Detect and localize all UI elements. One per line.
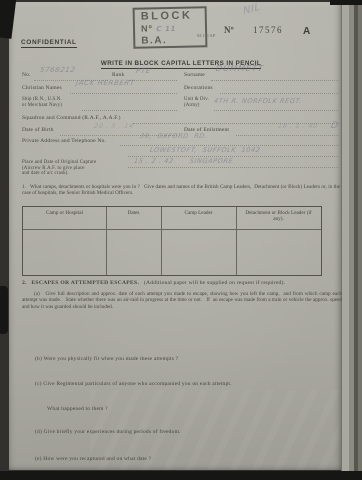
dotted-line xyxy=(236,134,339,136)
scan-edge-mark xyxy=(0,286,8,334)
field-dob-value: 20 . 5 . 14 xyxy=(93,122,134,130)
field-capture-label-line3: and date of a/c crash). xyxy=(22,171,69,176)
section2-heading: 2. ESCAPES OR ATTEMPTED ESCAPES. (Additi… xyxy=(22,280,285,286)
question-2a-text: (a) Give full description and approx. da… xyxy=(22,291,342,310)
field-unit-label-line2: (Army) xyxy=(184,103,200,108)
serial-no-label: Nº xyxy=(224,27,234,33)
table-empty-body xyxy=(23,229,321,275)
table-header-camp: Camp or Hospital xyxy=(23,210,106,216)
field-rank-value: PTE xyxy=(135,67,151,75)
dotted-line xyxy=(214,109,339,111)
field-ship-label-line1: Ship (R.N., U.S.N. xyxy=(22,97,62,102)
field-address-label: Private Address and Telephone No. xyxy=(22,138,106,144)
question-2b-text: (b) Were you physically fit when you mad… xyxy=(35,356,178,362)
dotted-line xyxy=(82,109,177,111)
field-decorations-label: Decorations xyxy=(184,85,213,91)
field-address-value-line1: 39, OXFORD RD. xyxy=(139,132,208,140)
field-rank-label: Rank xyxy=(112,72,124,78)
section2-number: 2. xyxy=(22,280,27,286)
field-christian-names-label: Christian Names xyxy=(22,85,62,91)
field-capture-label-line1: Place and Date of Original Capture xyxy=(22,160,96,165)
stamp-handwritten-block-no: C 11 xyxy=(156,25,176,33)
table-header-leader: Camp Leader xyxy=(161,210,236,216)
scan-bottom-edge xyxy=(0,471,362,480)
form-reference: M.I.9/AP xyxy=(197,33,216,39)
field-address-value-line2: LOWESTOFT, SUFFOLK 1042 xyxy=(149,146,261,154)
question-2d-text: (d) Give briefly your experiences during… xyxy=(35,429,181,435)
question-2c-text: (c) Give Regimental particulars of anyon… xyxy=(35,381,232,387)
field-unit-label-line1: Unit & Div. xyxy=(184,97,209,102)
field-dob-label: Date of Birth xyxy=(22,127,54,133)
field-no-label: No. xyxy=(22,72,31,78)
field-surname-value: DUMMETT xyxy=(215,64,264,73)
question-2e-text: (e) How were you recaptured and on what … xyxy=(35,456,151,462)
field-capture-label-line2: (Aircrew R.A.F. to give place xyxy=(22,166,85,171)
section2-title: ESCAPES OR ATTEMPTED ESCAPES. xyxy=(31,280,139,286)
block-number-stamp: BLOCK Nº C 11 B.A. xyxy=(133,6,208,49)
dotted-line xyxy=(220,92,339,94)
field-capture-label: Place and Date of Original Capture (Airc… xyxy=(22,160,96,177)
question-1-text: 1. What camps, detachments or hospitals … xyxy=(22,184,340,197)
page-stack-edge xyxy=(358,0,362,480)
scan-top-edge xyxy=(330,0,362,5)
field-capture-value: 15 . 2 . 42 SINGAPORE xyxy=(133,157,234,165)
field-squadron-label: Squadron and Command (R.A.F., A.A.F.) xyxy=(22,115,121,121)
field-unit-value: 4TH R. NORFOLK REGT. xyxy=(213,97,302,105)
stamp-line-no: Nº xyxy=(141,23,153,33)
dotted-line xyxy=(129,79,177,81)
scanned-document: CONFIDENTIAL BLOCK Nº C 11 B.A. M.I.9/AP… xyxy=(0,0,362,480)
table-header-detachment: Detachment or Block Leader (if any). xyxy=(236,210,321,222)
serial-series-letter: A xyxy=(303,26,310,37)
camp-table: Camp or Hospital Dates Camp Leader Detac… xyxy=(22,206,322,276)
dotted-line xyxy=(70,92,177,94)
classification-label: CONFIDENTIAL xyxy=(21,39,77,48)
dotted-line xyxy=(128,166,339,168)
question-2c2-text: What happened to them ? xyxy=(47,406,108,412)
serial-number: 17576 xyxy=(253,27,283,33)
section2-note: (Additional paper will be supplied on re… xyxy=(144,280,285,286)
table-header-dates: Dates xyxy=(106,210,161,216)
field-no-value: 5768212 xyxy=(39,66,76,74)
field-ship-label: Ship (R.N., U.S.N. or Merchant Navy) xyxy=(22,97,62,108)
stamp-line-ba: B.A. xyxy=(141,34,205,47)
field-ship-label-line2: or Merchant Navy) xyxy=(22,103,62,108)
dotted-line xyxy=(211,79,339,81)
field-christian-names-value: JACK HERBERT xyxy=(75,79,135,87)
field-unit-label: Unit & Div. (Army) xyxy=(184,97,209,108)
field-surname-label: Surname xyxy=(184,72,205,78)
field-enlistment-value: 18 . 1 . 40 xyxy=(277,122,318,130)
